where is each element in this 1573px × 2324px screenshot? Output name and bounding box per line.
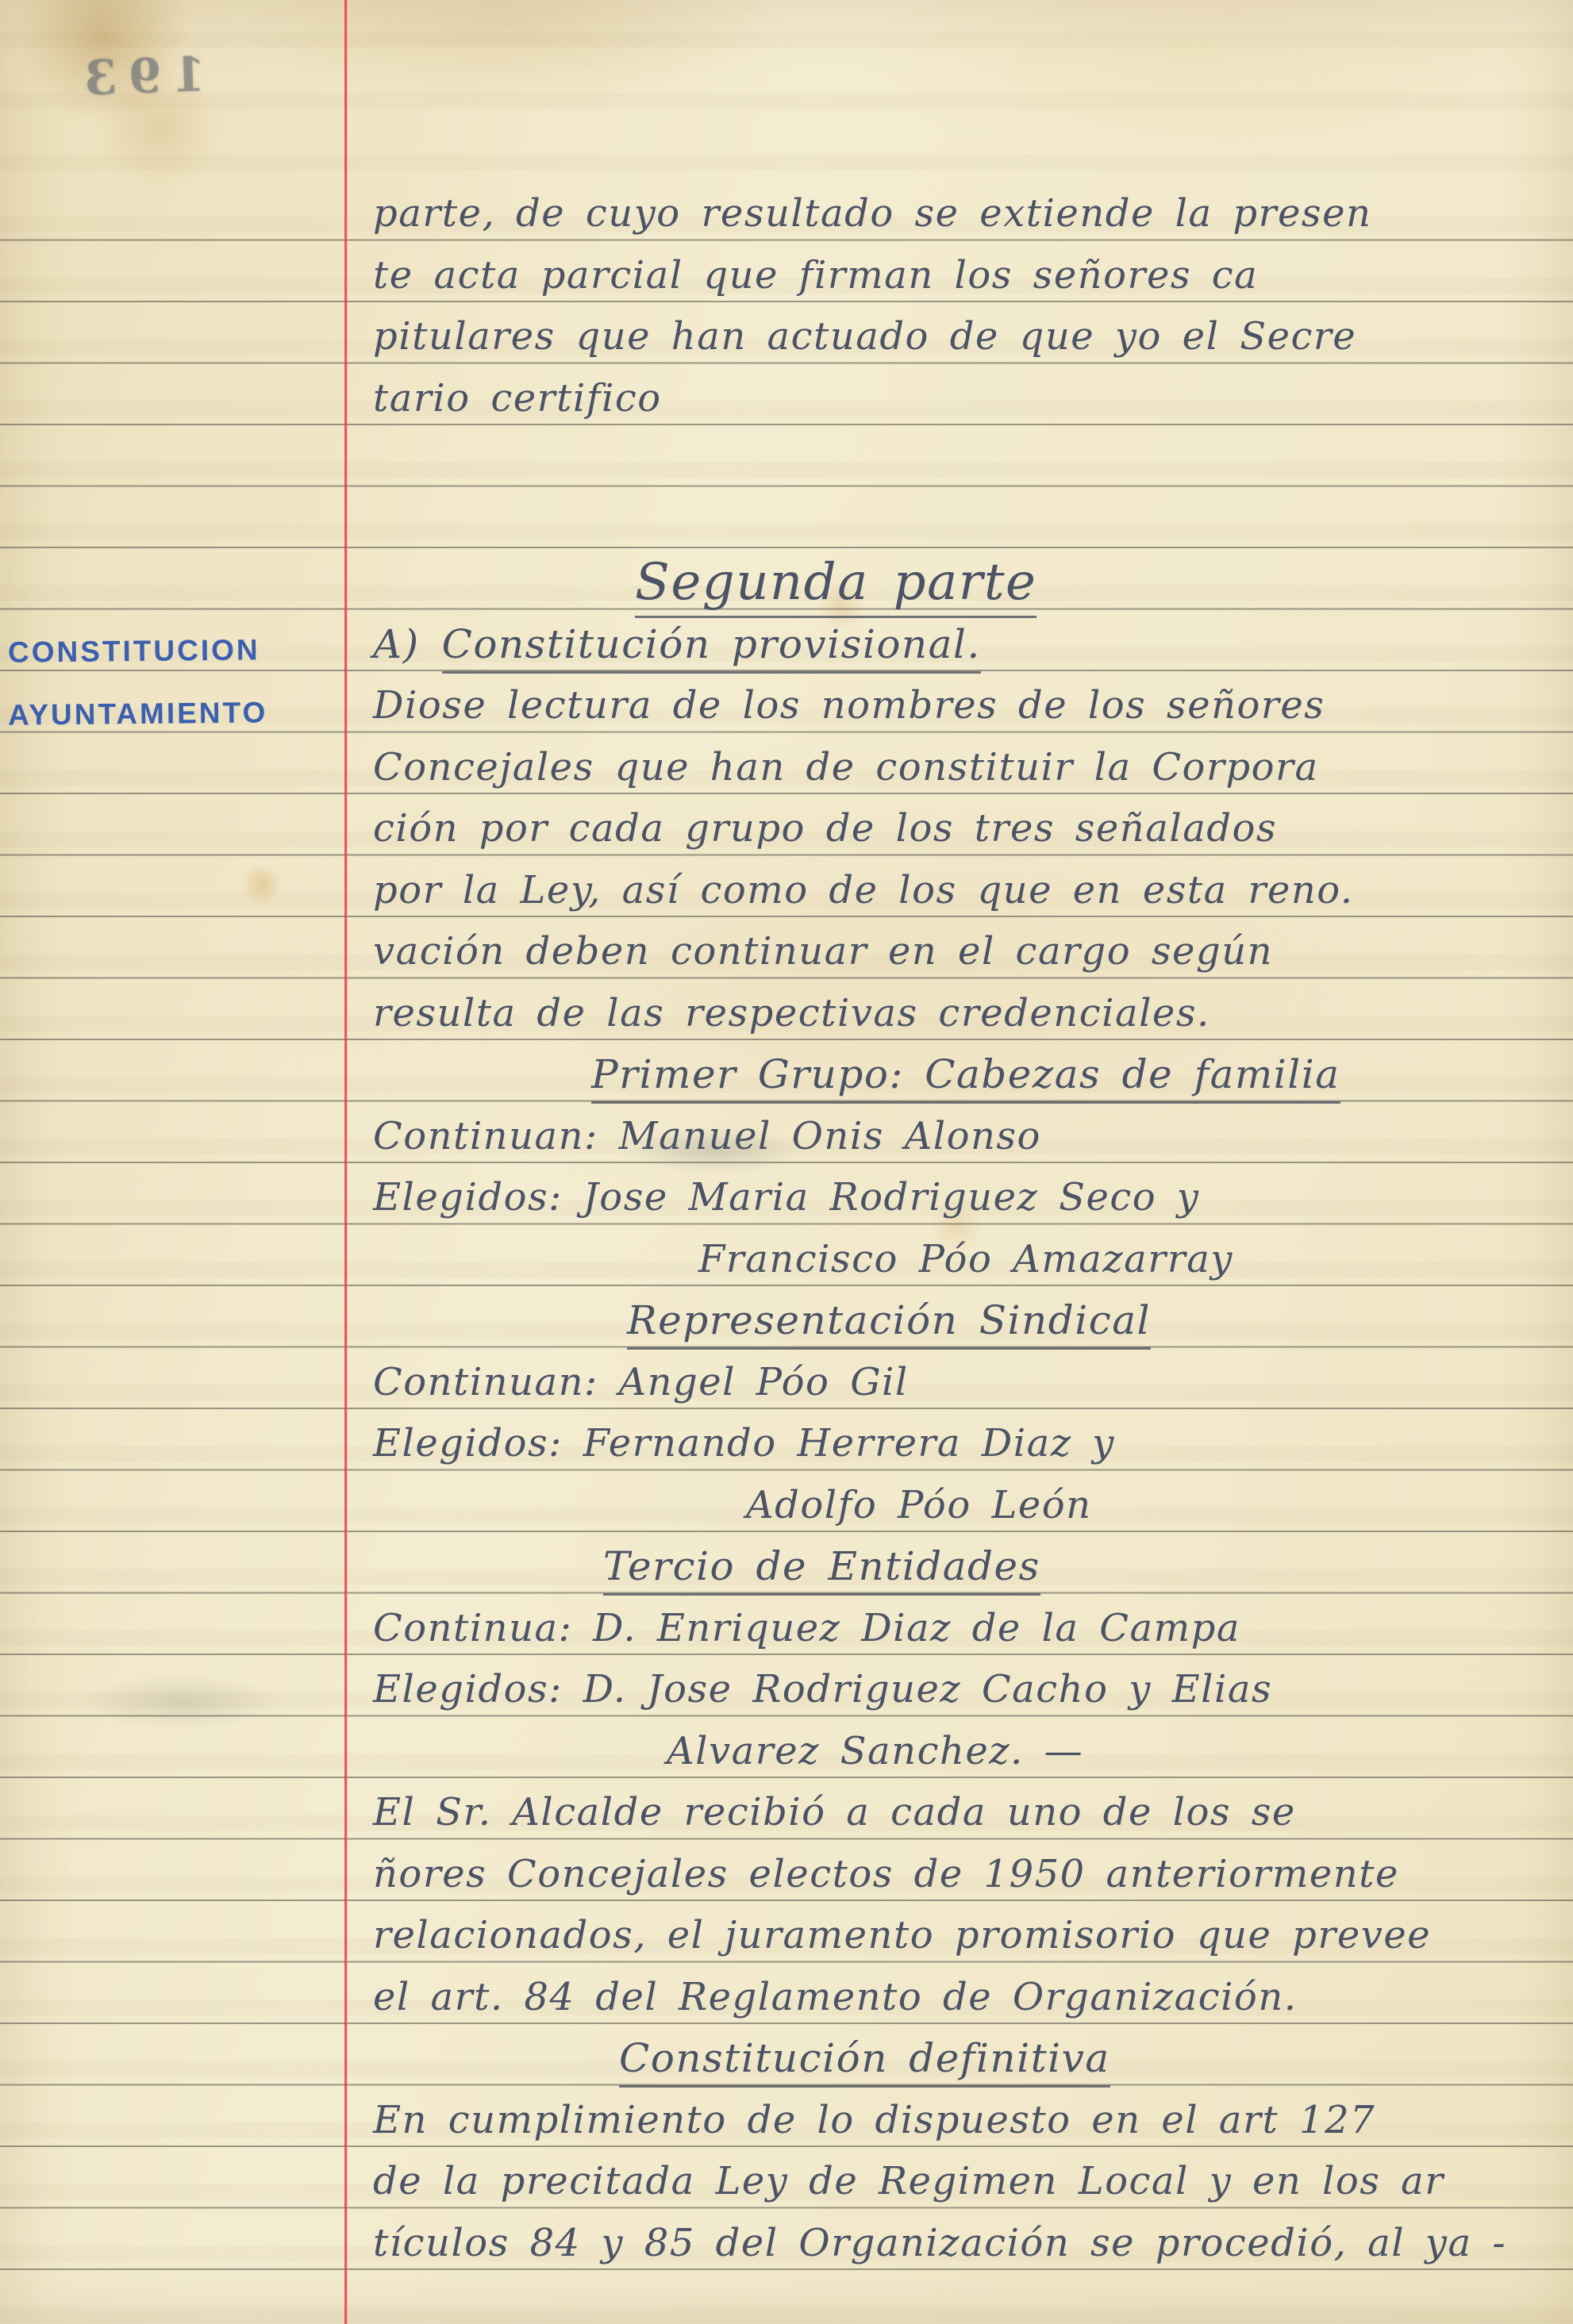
manuscript-line: el art. 84 del Reglamento de Organizació… — [373, 1967, 1559, 2029]
heading-tercio-de-entidades: Tercio de Entidades — [373, 1536, 1559, 1598]
manuscript-line: Diose lectura de los nombres de los seño… — [373, 675, 1559, 737]
manuscript-line: Francisco Póo Amazarray — [373, 1229, 1559, 1291]
manuscript-line: El Sr. Alcalde recibió a cada uno de los… — [373, 1782, 1559, 1844]
manuscript-page: 193 CONSTITUCION AYUNTAMIENTO parte, de … — [0, 0, 1573, 2324]
manuscript-text: parte, de cuyo resultado se extiende la … — [373, 183, 1559, 2274]
manuscript-line: Alvarez Sanchez. — — [373, 1721, 1559, 1783]
manuscript-line: tículos 84 y 85 del Organización se proc… — [373, 2213, 1559, 2275]
manuscript-line: pitulares que han actuado de que yo el S… — [373, 306, 1559, 368]
manuscript-line: relacionados, el juramento promisorio qu… — [373, 1905, 1559, 1967]
manuscript-line: Elegidos: Fernando Herrera Diaz y — [373, 1413, 1559, 1475]
manuscript-line: ción por cada grupo de los tres señalado… — [373, 798, 1559, 860]
manuscript-line: Adolfo Póo León — [373, 1475, 1559, 1537]
manuscript-line: Continuan: Angel Póo Gil — [373, 1352, 1559, 1414]
manuscript-line: por la Ley, así como de los que en esta … — [373, 860, 1559, 922]
margin-note-line-2: AYUNTAMIENTO — [8, 696, 268, 732]
heading-segunda-parte: Segunda parte — [373, 552, 1559, 614]
red-margin-line — [344, 0, 347, 2324]
manuscript-line: Continua: D. Enriquez Diaz de la Campa — [373, 1598, 1559, 1660]
heading-representacion-sindical: Representación Sindical — [373, 1290, 1559, 1352]
manuscript-line: Concejales que han de constituir la Corp… — [373, 737, 1559, 799]
manuscript-line: parte, de cuyo resultado se extiende la … — [373, 183, 1559, 245]
margin-note-line-1: CONSTITUCION — [8, 633, 260, 669]
bleed-through-page-number: 193 — [72, 47, 207, 107]
heading-primer-grupo: Primer Grupo: Cabezas de familia — [373, 1044, 1559, 1106]
manuscript-line: resulta de las respectivas credenciales. — [373, 983, 1559, 1045]
manuscript-line: te acta parcial que firman los señores c… — [373, 245, 1559, 307]
manuscript-line: Elegidos: D. Jose Rodriguez Cacho y Elia… — [373, 1659, 1559, 1721]
manuscript-line: ñores Concejales electos de 1950 anterio… — [373, 1844, 1559, 1906]
manuscript-line: de la precitada Ley de Regimen Local y e… — [373, 2151, 1559, 2213]
manuscript-line: Continuan: Manuel Onis Alonso — [373, 1106, 1559, 1168]
manuscript-line: Elegidos: Jose Maria Rodriguez Seco y — [373, 1167, 1559, 1229]
manuscript-line: vación deben continuar en el cargo según — [373, 921, 1559, 983]
heading-prefix: A) — [373, 621, 420, 667]
manuscript-line: tario certifico — [373, 368, 1559, 430]
heading-constitucion-definitiva: Constitución definitiva — [373, 2028, 1559, 2090]
manuscript-line: En cumplimiento de lo dispuesto en el ar… — [373, 2090, 1559, 2152]
heading-constitucion-provisional: A)Constitución provisional. — [373, 614, 1559, 676]
